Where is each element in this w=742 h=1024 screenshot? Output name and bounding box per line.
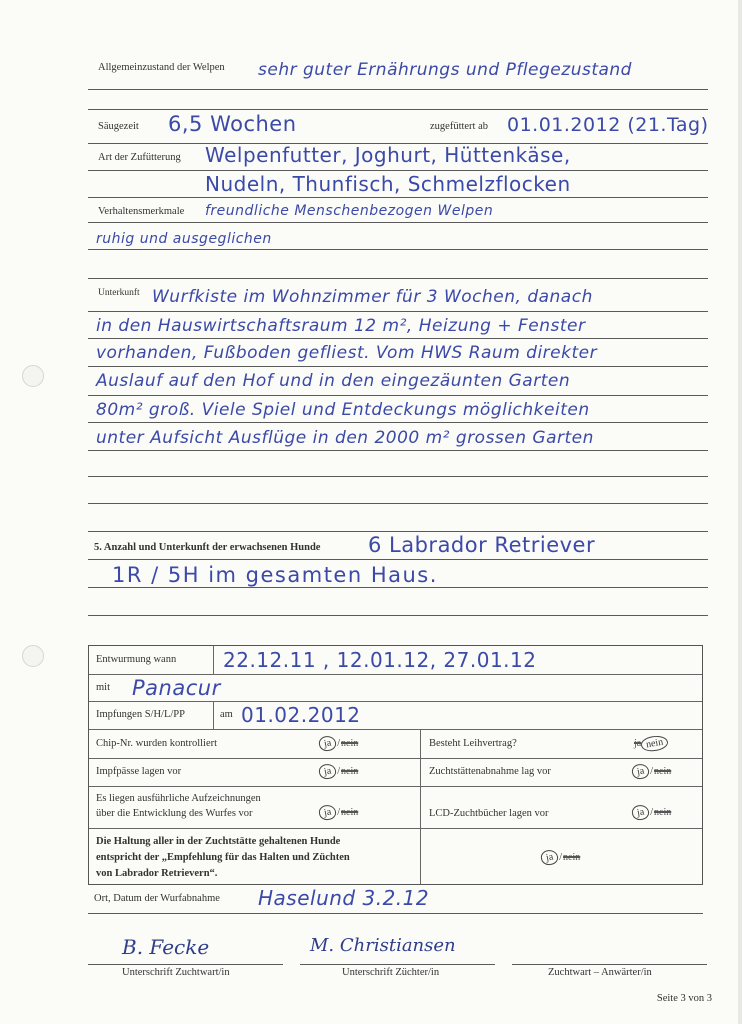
form-page: Allgemeinzustand der Welpen sehr guter E… — [0, 0, 742, 1024]
table-divider — [213, 646, 214, 674]
rule — [88, 366, 708, 367]
punch-hole — [22, 645, 44, 667]
housing-line-1[interactable]: Wurfkiste im Wohnzimmer für 3 Wochen, da… — [152, 287, 593, 307]
rule — [88, 531, 708, 532]
rule — [88, 395, 708, 396]
yes-no-toggle[interactable]: ja/nein — [319, 764, 358, 779]
page-edge — [738, 0, 742, 1024]
table-divider — [89, 758, 702, 759]
signature-breed-warden[interactable]: B. Fecke — [122, 935, 209, 959]
check-label: Besteht Leihvertrag? — [429, 737, 517, 751]
rule — [88, 503, 708, 504]
housing-line-3[interactable]: vorhanden, Fußboden gefliest. Vom HWS Ra… — [96, 343, 597, 363]
rule — [88, 476, 708, 477]
housing-line-5[interactable]: 80m² groß. Viele Spiel und Entdeckungs m… — [96, 400, 590, 420]
table-divider — [89, 674, 702, 675]
check-label: Zuchtstättenabnahme lag vor — [429, 765, 551, 779]
place-date-label: Ort, Datum der Wurfabnahme — [94, 893, 220, 904]
table-divider — [89, 701, 702, 702]
rule — [88, 422, 708, 423]
punch-hole — [22, 365, 44, 387]
no-option-struck[interactable]: nein — [563, 852, 580, 863]
check-label-line-1: Es liegen ausführliche Aufzeichnungen — [96, 792, 261, 806]
no-option-struck[interactable]: nein — [341, 807, 358, 818]
yes-option-selected[interactable]: ja — [631, 763, 651, 781]
rule — [88, 109, 708, 110]
rule — [88, 170, 708, 171]
table-divider — [89, 729, 702, 730]
table-divider — [89, 786, 702, 787]
yes-option-selected[interactable]: ja — [631, 804, 651, 822]
deworming-with-value[interactable]: Panacur — [132, 676, 221, 700]
housing-label: Unterkunft — [98, 288, 140, 298]
rule — [88, 338, 708, 339]
no-option-struck[interactable]: nein — [654, 807, 671, 818]
rule — [88, 450, 708, 451]
check-label: Chip-Nr. wurden kontrolliert — [96, 737, 217, 751]
behavior-line-2[interactable]: ruhig und ausgeglichen — [96, 231, 272, 247]
table-divider — [420, 729, 421, 884]
signature-label: Unterschrift Zuchtwart/in — [122, 967, 230, 978]
signature-breeder[interactable]: M. Christiansen — [310, 935, 456, 956]
rule — [88, 249, 708, 250]
feeding-type-line-2[interactable]: Nudeln, Thunfisch, Schmelzflocken — [205, 172, 571, 196]
deworming-with-label: mit — [96, 681, 110, 695]
table-divider — [213, 701, 214, 729]
rule — [88, 615, 708, 616]
yes-no-toggle[interactable]: janein — [634, 736, 668, 751]
page-number: Seite 3 von 3 — [657, 993, 712, 1004]
rule — [88, 222, 708, 223]
no-option-struck[interactable]: nein — [654, 766, 671, 777]
rule — [88, 197, 708, 198]
rule — [88, 89, 708, 90]
no-option-selected[interactable]: nein — [640, 734, 669, 753]
housing-line-4[interactable]: Auslauf auf den Hof und in den eingezäun… — [96, 371, 570, 391]
signature-label: Unterschrift Züchter/in — [342, 967, 439, 978]
adult-dogs-line-1[interactable]: 6 Labrador Retriever — [368, 533, 595, 557]
rule — [88, 913, 703, 914]
signature-line — [88, 964, 283, 965]
check-label: Impfpässe lagen vor — [96, 765, 181, 779]
feeding-type-line-1[interactable]: Welpenfutter, Joghurt, Hüttenkäse, — [205, 143, 571, 167]
housing-line-2[interactable]: in den Hauswirtschaftsraum 12 m², Heizun… — [96, 316, 585, 336]
vaccinations-date-label: am — [220, 708, 233, 722]
general-condition-value[interactable]: sehr guter Ernährungs und Pflegezustand — [258, 60, 632, 80]
nursing-period-value[interactable]: 6,5 Wochen — [168, 112, 297, 136]
deworming-label: Entwurmung wann — [96, 653, 176, 667]
check-label: LCD-Zuchtbücher lagen vor — [429, 807, 549, 821]
general-condition-label: Allgemeinzustand der Welpen — [98, 62, 225, 73]
nursing-period-label: Säugezeit — [98, 121, 139, 132]
yes-option-selected[interactable]: ja — [318, 735, 338, 753]
yes-option-selected[interactable]: ja — [318, 763, 338, 781]
yes-no-toggle[interactable]: ja/nein — [632, 764, 671, 779]
table-divider — [89, 828, 702, 829]
deworming-value[interactable]: 22.12.11 , 12.01.12, 27.01.12 — [223, 648, 536, 672]
no-option-struck[interactable]: nein — [341, 766, 358, 777]
feeding-type-label: Art der Zufütterung — [98, 152, 181, 163]
yes-no-toggle[interactable]: ja/nein — [541, 850, 580, 865]
rule — [88, 587, 708, 588]
no-option-struck[interactable]: nein — [341, 738, 358, 749]
yes-option-selected[interactable]: ja — [540, 849, 560, 867]
keeping-label-line-2: entspricht der „Empfehlung für das Halte… — [96, 850, 350, 866]
supplementary-feeding-label: zugefüttert ab — [430, 121, 488, 132]
yes-option-selected[interactable]: ja — [318, 804, 338, 822]
checks-table: Entwurmung wann 22.12.11 , 12.01.12, 27.… — [88, 645, 703, 885]
rule — [88, 278, 708, 279]
adult-dogs-label: 5. Anzahl und Unterkunft der erwachsenen… — [94, 542, 320, 553]
housing-line-6[interactable]: unter Aufsicht Ausflüge in den 2000 m² g… — [96, 428, 594, 448]
adult-dogs-line-2[interactable]: 1R / 5H im gesamten Haus. — [112, 563, 438, 587]
keeping-label-line-1: Die Haltung aller in der Zuchtstätte geh… — [96, 834, 340, 850]
supplementary-feeding-value[interactable]: 01.01.2012 (21.Tag) — [507, 114, 709, 136]
rule — [88, 311, 708, 312]
check-label-line-2: über die Entwicklung des Wurfes vor — [96, 807, 253, 821]
yes-no-toggle[interactable]: ja/nein — [319, 736, 358, 751]
signature-line — [300, 964, 495, 965]
keeping-label-line-3: von Labrador Retrievern“. — [96, 866, 217, 882]
signature-label: Zuchtwart – Anwärter/in — [548, 967, 652, 978]
vaccinations-label: Impfungen S/H/L/PP — [96, 708, 185, 722]
behavior-line-1[interactable]: freundliche Menschenbezogen Welpen — [205, 203, 493, 219]
vaccinations-value[interactable]: 01.02.2012 — [241, 703, 361, 727]
yes-no-toggle[interactable]: ja/nein — [319, 805, 358, 820]
behavior-label: Verhaltensmerkmale — [98, 206, 184, 217]
place-date-value[interactable]: Haselund 3.2.12 — [258, 886, 429, 910]
rule — [88, 559, 708, 560]
yes-no-toggle[interactable]: ja/nein — [632, 805, 671, 820]
signature-line — [512, 964, 707, 965]
